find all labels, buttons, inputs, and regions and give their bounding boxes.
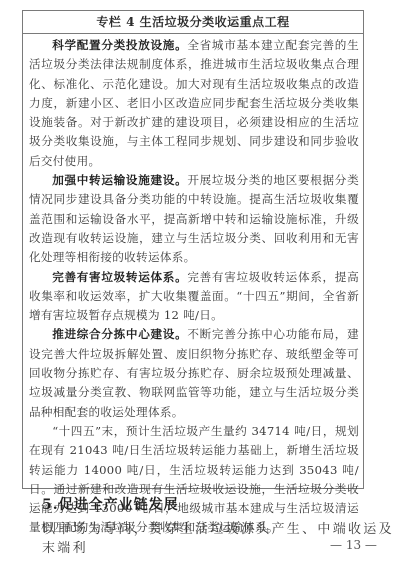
paragraph-hazardous-waste: 完善有害垃圾转运体系。完善有害垃圾收转运体系，提高收集率和收运效率，扩大收集覆盖… xyxy=(29,268,359,326)
paragraph-lead: 完善有害垃圾转运体系。 xyxy=(52,270,187,284)
page-number: — 13 — xyxy=(330,538,377,552)
box-body: 科学配置分类投放设施。全省城市基本建立配套完善的生活垃圾分类法律法规制度体系，推… xyxy=(23,34,363,538)
feature-box: 专栏 4 生活垃圾分类收运重点工程 科学配置分类投放设施。全省城市基本建立配套完… xyxy=(22,10,364,489)
paragraph-transfer-facilities: 加强中转运输设施建设。开展垃圾分类的地区要根据分类情况同步建设具备分类功能的中转… xyxy=(29,171,359,267)
section-heading: 5.促进全产业链发展 xyxy=(42,494,179,514)
paragraph-collection-facilities: 科学配置分类投放设施。全省城市基本建立配套完善的生活垃圾分类法律法规制度体系，推… xyxy=(29,36,359,171)
paragraph-lead: 推进综合分拣中心建设。 xyxy=(52,327,187,341)
paragraph-lead: 加强中转运输设施建设。 xyxy=(52,173,187,187)
paragraph-lead: 科学配置分类投放设施。 xyxy=(52,38,187,52)
paragraph-sorting-center: 推进综合分拣中心建设。不断完善分拣中心功能布局，建设完善大件垃圾拆解处置、废旧织… xyxy=(29,325,359,421)
box-title: 专栏 4 生活垃圾分类收运重点工程 xyxy=(23,11,363,34)
paragraph-text: 全省城市基本建立配套完善的生活垃圾分类法律法规制度体系，推进城市生活垃圾收集点合… xyxy=(29,38,359,168)
